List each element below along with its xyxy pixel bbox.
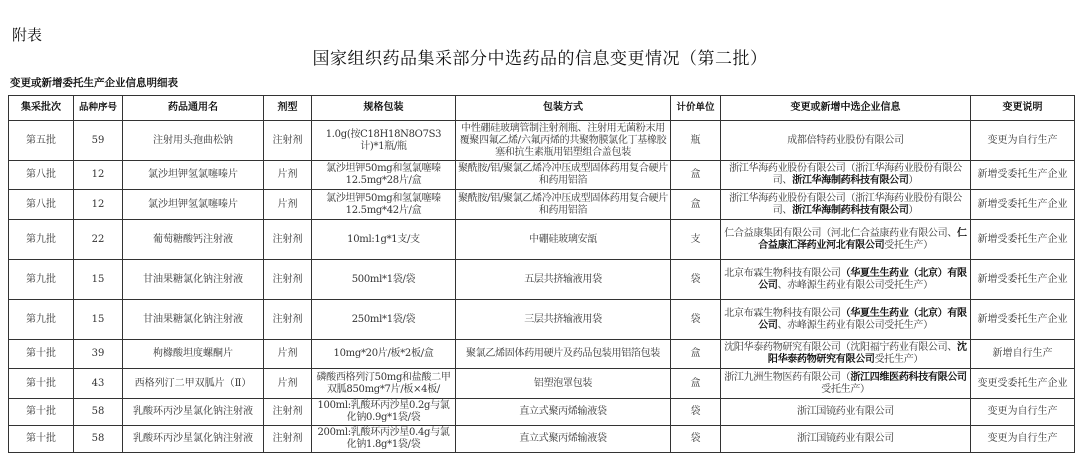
header-note: 变更说明 [971,96,1075,121]
cell-spec: 10ml:1g*1支/支 [312,220,456,260]
cell-note: 新增受委托生产企业 [971,190,1075,220]
cell-seq: 12 [74,161,123,190]
cell-unit: 盒 [671,369,721,399]
table-row: 第九批 15 甘油果糖氯化钠注射液 注射剂 250ml*1袋/袋 三层共挤输液用… [9,300,1075,340]
table-header-row: 集采批次 品种序号 药品通用名 剂型 规格包装 包装方式 计价单位 变更或新增中… [9,96,1075,121]
cell-batch: 第十批 [9,426,74,453]
table-row: 第八批 12 氯沙坦钾氢氯噻嗪片 片剂 氯沙坦钾50mg和氢氯噻嗪12.5mg*… [9,161,1075,190]
cell-dosage-form: 注射剂 [264,399,312,426]
table-row: 第十批 58 乳酸环丙沙星氯化钠注射液 注射剂 200ml:乳酸环丙沙星0.4g… [9,426,1075,453]
cell-seq: 43 [74,369,123,399]
cell-packaging: 聚氯乙烯固体药用硬片及药品包装用铝箔包装 [456,340,671,369]
cell-packaging: 聚酰胺/铝/聚氯乙烯冷冲压成型固体药用复合硬片和药用铝箔 [456,190,671,220]
cell-company: 仁合益康集团有限公司（河北仁合益康药业有限公司、仁合益康汇泽药业河北有限公司受托… [721,220,971,260]
table-row: 第九批 15 甘油果糖氯化钠注射液 注射剂 500ml*1袋/袋 五层共挤输液用… [9,260,1075,300]
cell-spec: 100ml:乳酸环丙沙星0.2g与氯化钠0.9g*1袋/袋 [312,399,456,426]
cell-spec: 氯沙坦钾50mg和氢氯噻嗪12.5mg*28片/盒 [312,161,456,190]
cell-unit: 瓶 [671,121,721,161]
cell-spec: 磷酸西格列汀50mg和盐酸二甲双胍850mg*7片/板×4板/ [312,369,456,399]
cell-drug-name: 葡萄糖酸钙注射液 [123,220,264,260]
cell-note: 变更为自行生产 [971,121,1075,161]
company-text: 浙江国镜药业有限公司 [797,433,894,444]
cell-spec: 250ml*1袋/袋 [312,300,456,340]
table-subtitle: 变更或新增委托生产企业信息明细表 [10,75,178,90]
cell-spec: 10mg*20片/板*2板/盒 [312,340,456,369]
company-text-post: 、赤峰源生药业有限公司受托生产） [778,320,933,331]
header-dosage-form: 剂型 [264,96,312,121]
cell-drug-name: 氯沙坦钾氢氯噻嗪片 [123,190,264,220]
cell-company: 浙江华海药业股份有限公司（浙江华海药业股份有限公司、浙江华海制药科技有限公司） [721,161,971,190]
cell-note: 变更为自行生产 [971,426,1075,453]
cell-seq: 15 [74,300,123,340]
cell-seq: 15 [74,260,123,300]
cell-dosage-form: 注射剂 [264,220,312,260]
cell-packaging: 聚酰胺/铝/聚氯乙烯冷冲压成型固体药用复合硬片和药用铝箔 [456,161,671,190]
cell-drug-name: 氯沙坦钾氢氯噻嗪片 [123,161,264,190]
cell-note: 新增受委托生产企业 [971,260,1075,300]
cell-drug-name: 枸橼酸坦度螺酮片 [123,340,264,369]
cell-spec: 1.0g(按C18H18N8O7S3计)*1瓶/瓶 [312,121,456,161]
company-text: 仁合益康集团有限公司（河北仁合益康药业有限公司、 [724,228,957,239]
header-drug-name: 药品通用名 [123,96,264,121]
cell-dosage-form: 注射剂 [264,426,312,453]
cell-dosage-form: 片剂 [264,161,312,190]
cell-packaging: 直立式聚丙烯输液袋 [456,399,671,426]
table-row: 第八批 12 氯沙坦钾氢氯噻嗪片 片剂 氯沙坦钾50mg和氢氯噻嗪12.5mg*… [9,190,1075,220]
cell-batch: 第十批 [9,399,74,426]
cell-spec: 氯沙坦钾50mg和氢氯噻嗪12.5mg*42片/盒 [312,190,456,220]
cell-company: 沈阳华泰药物研究有限公司（沈阳福宁药业有限公司、沈阳华泰药物研究有限公司受托生产… [721,340,971,369]
company-text-post: 受托生产） [821,384,870,395]
cell-packaging: 直立式聚丙烯输液袋 [456,426,671,453]
cell-company: 浙江华海药业股份有限公司（浙江华海药业股份有限公司、浙江华海制药科技有限公司） [721,190,971,220]
cell-batch: 第九批 [9,220,74,260]
cell-spec: 200ml:乳酸环丙沙星0.4g与氯化钠1.8g*1袋/袋 [312,426,456,453]
cell-note: 新增受委托生产企业 [971,220,1075,260]
cell-spec: 500ml*1袋/袋 [312,260,456,300]
cell-unit: 袋 [671,426,721,453]
cell-drug-name: 注射用头孢曲松钠 [123,121,264,161]
cell-unit: 盒 [671,161,721,190]
header-seq: 品种序号 [74,96,123,121]
table-row: 第十批 43 西格列汀二甲双胍片（Ⅱ） 片剂 磷酸西格列汀50mg和盐酸二甲双胍… [9,369,1075,399]
table-row: 第五批 59 注射用头孢曲松钠 注射剂 1.0g(按C18H18N8O7S3计)… [9,121,1075,161]
cell-dosage-form: 注射剂 [264,260,312,300]
cell-seq: 59 [74,121,123,161]
header-company: 变更或新增中选企业信息 [721,96,971,121]
cell-note: 变更受委托生产企业 [971,369,1075,399]
company-text: 北京布霖生物科技有限公司 [724,308,840,319]
cell-batch: 第八批 [9,161,74,190]
cell-unit: 盒 [671,190,721,220]
company-text: 浙江九洲生物医药有限公司（ [724,372,850,383]
table-row: 第九批 22 葡萄糖酸钙注射液 注射剂 10ml:1g*1支/支 中硼硅玻璃安瓿… [9,220,1075,260]
company-text: 沈阳华泰药物研究有限公司（沈阳福宁药业有限公司、 [724,342,957,353]
company-text: 浙江国镜药业有限公司 [797,406,894,417]
header-batch: 集采批次 [9,96,74,121]
cell-batch: 第五批 [9,121,74,161]
company-bold-text: 浙江华海制药科技有限公司 [792,205,908,216]
cell-company: 成都倍特药业股份有限公司 [721,121,971,161]
cell-batch: 第九批 [9,300,74,340]
cell-seq: 58 [74,399,123,426]
cell-packaging: 三层共挤输液用袋 [456,300,671,340]
cell-note: 新增受委托生产企业 [971,161,1075,190]
cell-packaging: 铝塑泡罩包装 [456,369,671,399]
table-row: 第十批 58 乳酸环丙沙星氯化钠注射液 注射剂 100ml:乳酸环丙沙星0.2g… [9,399,1075,426]
cell-drug-name: 乳酸环丙沙星氯化钠注射液 [123,426,264,453]
cell-batch: 第九批 [9,260,74,300]
cell-drug-name: 乳酸环丙沙星氯化钠注射液 [123,399,264,426]
cell-drug-name: 西格列汀二甲双胍片（Ⅱ） [123,369,264,399]
header-packaging: 包装方式 [456,96,671,121]
cell-company: 浙江国镜药业有限公司 [721,399,971,426]
cell-dosage-form: 片剂 [264,190,312,220]
cell-drug-name: 甘油果糖氯化钠注射液 [123,300,264,340]
document-title: 国家组织药品集采部分中选药品的信息变更情况（第二批） [0,44,1080,69]
cell-packaging: 中性硼硅玻璃管制注射剂瓶、注射用无菌粉末用覆聚四氟乙烯/六氟丙烯的共聚物膜氯化丁… [456,121,671,161]
company-text-post: ） [909,175,919,186]
company-bold-text: 浙江华海制药科技有限公司 [792,175,908,186]
cell-dosage-form: 注射剂 [264,300,312,340]
company-text: 北京布霖生物科技有限公司 [724,268,840,279]
header-unit: 计价单位 [671,96,721,121]
cell-dosage-form: 注射剂 [264,121,312,161]
cell-seq: 22 [74,220,123,260]
company-text-post: 、赤峰源生药业有限公司受托生产） [778,280,933,291]
cell-dosage-form: 片剂 [264,369,312,399]
change-detail-table: 集采批次 品种序号 药品通用名 剂型 规格包装 包装方式 计价单位 变更或新增中… [8,95,1075,453]
appendix-label: 附表 [12,24,42,45]
cell-seq: 12 [74,190,123,220]
company-text-post: 受托生产） [884,240,933,251]
cell-note: 变更为自行生产 [971,399,1075,426]
cell-seq: 58 [74,426,123,453]
cell-batch: 第八批 [9,190,74,220]
cell-company: 北京布霖生物科技有限公司（华夏生生药业（北京）有限公司、赤峰源生药业有限公司受托… [721,260,971,300]
cell-dosage-form: 片剂 [264,340,312,369]
cell-batch: 第十批 [9,369,74,399]
company-text-post: ） [909,205,919,216]
company-bold-text: 浙江四维医药科技有限公司 [850,372,966,383]
cell-unit: 支 [671,220,721,260]
cell-company: 浙江九洲生物医药有限公司（浙江四维医药科技有限公司受托生产） [721,369,971,399]
cell-company: 北京布霖生物科技有限公司（华夏生生药业（北京）有限公司、赤峰源生药业有限公司受托… [721,300,971,340]
table-row: 第十批 39 枸橼酸坦度螺酮片 片剂 10mg*20片/板*2板/盒 聚氯乙烯固… [9,340,1075,369]
cell-drug-name: 甘油果糖氯化钠注射液 [123,260,264,300]
cell-company: 浙江国镜药业有限公司 [721,426,971,453]
cell-unit: 盒 [671,340,721,369]
cell-unit: 袋 [671,399,721,426]
header-spec: 规格包装 [312,96,456,121]
cell-packaging: 中硼硅玻璃安瓿 [456,220,671,260]
cell-seq: 39 [74,340,123,369]
cell-note: 新增自行生产 [971,340,1075,369]
cell-unit: 袋 [671,260,721,300]
cell-unit: 袋 [671,300,721,340]
company-text-post: 受托生产） [875,354,924,365]
cell-batch: 第十批 [9,340,74,369]
cell-note: 新增受委托生产企业 [971,300,1075,340]
company-text: 成都倍特药业股份有限公司 [787,135,903,146]
cell-packaging: 五层共挤输液用袋 [456,260,671,300]
